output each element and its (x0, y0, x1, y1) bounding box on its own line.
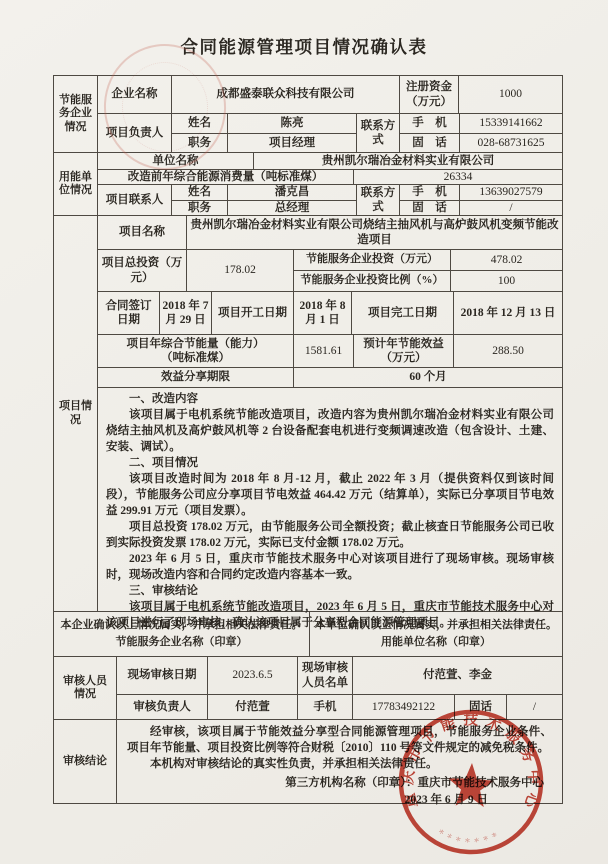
annual-benefit-label: 预计年节能效益（万元） (353, 335, 453, 367)
section-esco: 节能服务企业情况 企业名称 成都盛泰联众科技有限公司 注册资金（万元） 1000… (54, 76, 562, 152)
esco-confirmation-cell: 本企业确认以上情况属实，并承担相关法律责任。 节能服务企业名称（印章） (54, 612, 309, 656)
details-paragraph-2: 该项目改造时间为 2018 年 8 月-12 月，截止 2022 年 3 月（提… (106, 471, 554, 519)
user-section-label: 用能单位情况 (54, 153, 98, 215)
audit-tel-label: 固话 (454, 695, 506, 719)
project-name-value: 贵州凯尔瑞冶金材料实业有限公司烧结主抽风机与高炉鼓风机变频节能改造项目 (186, 216, 562, 249)
esco-capital-value: 1000 (458, 76, 562, 113)
project-start-date-label: 项目开工日期 (211, 292, 293, 334)
benefit-share-term-label: 效益分享期限 (98, 368, 293, 387)
document-page: 合同能源管理项目情况确认表 节能服务企业情况 企业名称 成都盛泰联众科技有限公司… (0, 0, 608, 864)
esco-capital-label: 注册资金（万元） (399, 76, 458, 113)
benefit-share-term-value: 60 个月 (293, 368, 562, 387)
page-title: 合同能源管理项目情况确认表 (0, 34, 608, 59)
section-energy-user: 用能单位情况 单位名称 贵州凯尔瑞冶金材料实业有限公司 改造前年综合能源消费量（… (54, 152, 562, 215)
contract-sign-date-label: 合同签订日期 (98, 292, 159, 334)
user-unit-label: 单位名称 (98, 153, 253, 169)
project-total-investment-value: 178.02 (186, 250, 293, 291)
project-start-date-value: 2018 年 8 月 1 日 (293, 292, 351, 334)
section-audit-personnel: 审核人员情况 现场审核日期 2023.6.5 现场审核人员名单 付范萱、李金 审… (54, 656, 562, 719)
audit-mobile-label: 手机 (297, 695, 352, 719)
third-party-signature-date: 2023 年 6 月 9 日 (127, 792, 552, 808)
esco-duty-value: 项目经理 (227, 134, 356, 153)
audit-mobile-value: 17783492122 (352, 695, 454, 719)
audit-leader-label: 审核负责人 (117, 695, 207, 719)
project-details-text: 一、改造内容 该项目属于电机系统节能改造项目，改造内容为贵州凯尔瑞冶金材料实业有… (98, 388, 562, 611)
details-paragraph-4: 2023 年 6 月 5 日，重庆市节能技术服务中心对该项目进行了现场审核。现场… (106, 551, 554, 583)
esco-mobile-value: 15339141662 (459, 114, 562, 133)
conclusion-section-label: 审核结论 (54, 720, 117, 803)
user-duty-label: 职务 (172, 201, 227, 216)
audit-team-value: 付范萱、李金 (352, 657, 562, 694)
user-confirmation-line1: 本单位确认以上情况属实，并承担相关法律责任。 (315, 617, 557, 634)
audit-date-label: 现场审核日期 (117, 657, 207, 694)
audit-tel-value: / (506, 695, 562, 719)
user-tel-label: 固 话 (400, 201, 459, 216)
user-name-value: 潘克昌 (227, 185, 356, 200)
conclusion-paragraph-1: 经审核，该项目属于节能效益分享型合同能源管理项目，节能服务企业条件、项目年节能量… (127, 724, 552, 756)
esco-investment-value: 478.02 (450, 250, 562, 270)
user-unit-value: 贵州凯尔瑞冶金材料实业有限公司 (253, 153, 562, 169)
user-duty-value: 总经理 (227, 201, 356, 216)
esco-confirmation-line1: 本企业确认以上情况属实，并承担相关法律责任。 (61, 617, 303, 634)
annual-saving-value: 1581.61 (293, 335, 353, 367)
details-heading-3: 三、审核结论 (106, 583, 554, 599)
user-contact-label: 联系方式 (356, 185, 399, 215)
esco-investment-ratio-value: 100 (450, 271, 562, 291)
user-tel-value: / (459, 201, 562, 216)
details-paragraph-1: 该项目属于电机系统节能改造项目，改造内容为贵州凯尔瑞冶金材料实业有限公司烧结主抽… (106, 407, 554, 455)
esco-duty-label: 职务 (172, 134, 227, 153)
user-mobile-value: 13639027579 (459, 185, 562, 200)
audit-team-label: 现场审核人员名单 (297, 657, 352, 694)
user-contact-person-label: 项目联系人 (98, 185, 171, 215)
audit-leader-value: 付范萱 (207, 695, 297, 719)
project-section-label: 项目情况 (54, 216, 98, 611)
audit-date-value: 2023.6.5 (207, 657, 297, 694)
contract-sign-date-value: 2018 年 7 月 29 日 (159, 292, 211, 334)
esco-confirmation-line2: 节能服务企业名称（印章） (116, 634, 248, 651)
details-paragraph-3: 项目总投资 178.02 万元，由节能服务公司全额投资；截止核查日节能服务公司已… (106, 519, 554, 551)
user-mobile-label: 手 机 (400, 185, 459, 200)
esco-manager-label: 项目负责人 (98, 114, 171, 152)
conclusion-paragraph-2: 本机构对审核结论的真实性负责，并承担相关法律责任。 (127, 756, 552, 772)
esco-name-value: 陈亮 (227, 114, 356, 133)
esco-company-label: 企业名称 (98, 76, 171, 113)
confirmation-table: 节能服务企业情况 企业名称 成都盛泰联众科技有限公司 注册资金（万元） 1000… (53, 75, 563, 804)
esco-section-label: 节能服务企业情况 (54, 76, 98, 152)
user-name-label: 姓名 (172, 185, 227, 200)
annual-benefit-value: 288.50 (453, 335, 562, 367)
project-finish-date-value: 2018 年 12 月 13 日 (453, 292, 562, 334)
project-name-label: 项目名称 (98, 216, 186, 249)
audit-section-label: 审核人员情况 (54, 657, 117, 719)
section-confirmation: 本企业确认以上情况属实，并承担相关法律责任。 节能服务企业名称（印章） 本单位确… (54, 611, 562, 656)
project-finish-date-label: 项目完工日期 (351, 292, 453, 334)
third-party-signature-line: 第三方机构名称（印章）：重庆市节能技术服务中心 (127, 775, 552, 791)
seal-bottom-marks: ＊ ＊ ＊ ＊ ＊ ＊ ＊ (436, 828, 499, 846)
user-confirmation-line2: 用能单位名称（印章） (381, 634, 491, 651)
project-total-investment-label: 项目总投资（万元） (98, 250, 186, 291)
esco-tel-label: 固 话 (400, 134, 459, 153)
esco-tel-value: 028-68731625 (459, 134, 562, 153)
esco-investment-ratio-label: 节能服务企业投资比例（%） (294, 271, 450, 291)
svg-text:＊ ＊ ＊ ＊ ＊ ＊ ＊: ＊ ＊ ＊ ＊ ＊ ＊ ＊ (436, 828, 499, 846)
section-audit-conclusion: 审核结论 经审核，该项目属于节能效益分享型合同能源管理项目，节能服务企业条件、项… (54, 719, 562, 803)
esco-contact-label: 联系方式 (356, 114, 399, 152)
esco-company-value: 成都盛泰联众科技有限公司 (171, 76, 399, 113)
details-heading-1: 一、改造内容 (106, 391, 554, 407)
user-energy-value: 26334 (353, 170, 562, 184)
conclusion-text: 经审核，该项目属于节能效益分享型合同能源管理项目，节能服务企业条件、项目年节能量… (117, 720, 562, 803)
esco-mobile-label: 手 机 (400, 114, 459, 133)
annual-saving-label: 项目年综合节能量（能力） （吨标准煤） (98, 335, 293, 367)
esco-name-label: 姓名 (172, 114, 227, 133)
section-project: 项目情况 项目名称 贵州凯尔瑞冶金材料实业有限公司烧结主抽风机与高炉鼓风机变频节… (54, 215, 562, 611)
esco-investment-label: 节能服务企业投资（万元） (294, 250, 450, 270)
details-heading-2: 二、项目情况 (106, 455, 554, 471)
user-confirmation-cell: 本单位确认以上情况属实，并承担相关法律责任。 用能单位名称（印章） (309, 612, 562, 656)
user-energy-label: 改造前年综合能源消费量（吨标准煤） (98, 170, 353, 184)
